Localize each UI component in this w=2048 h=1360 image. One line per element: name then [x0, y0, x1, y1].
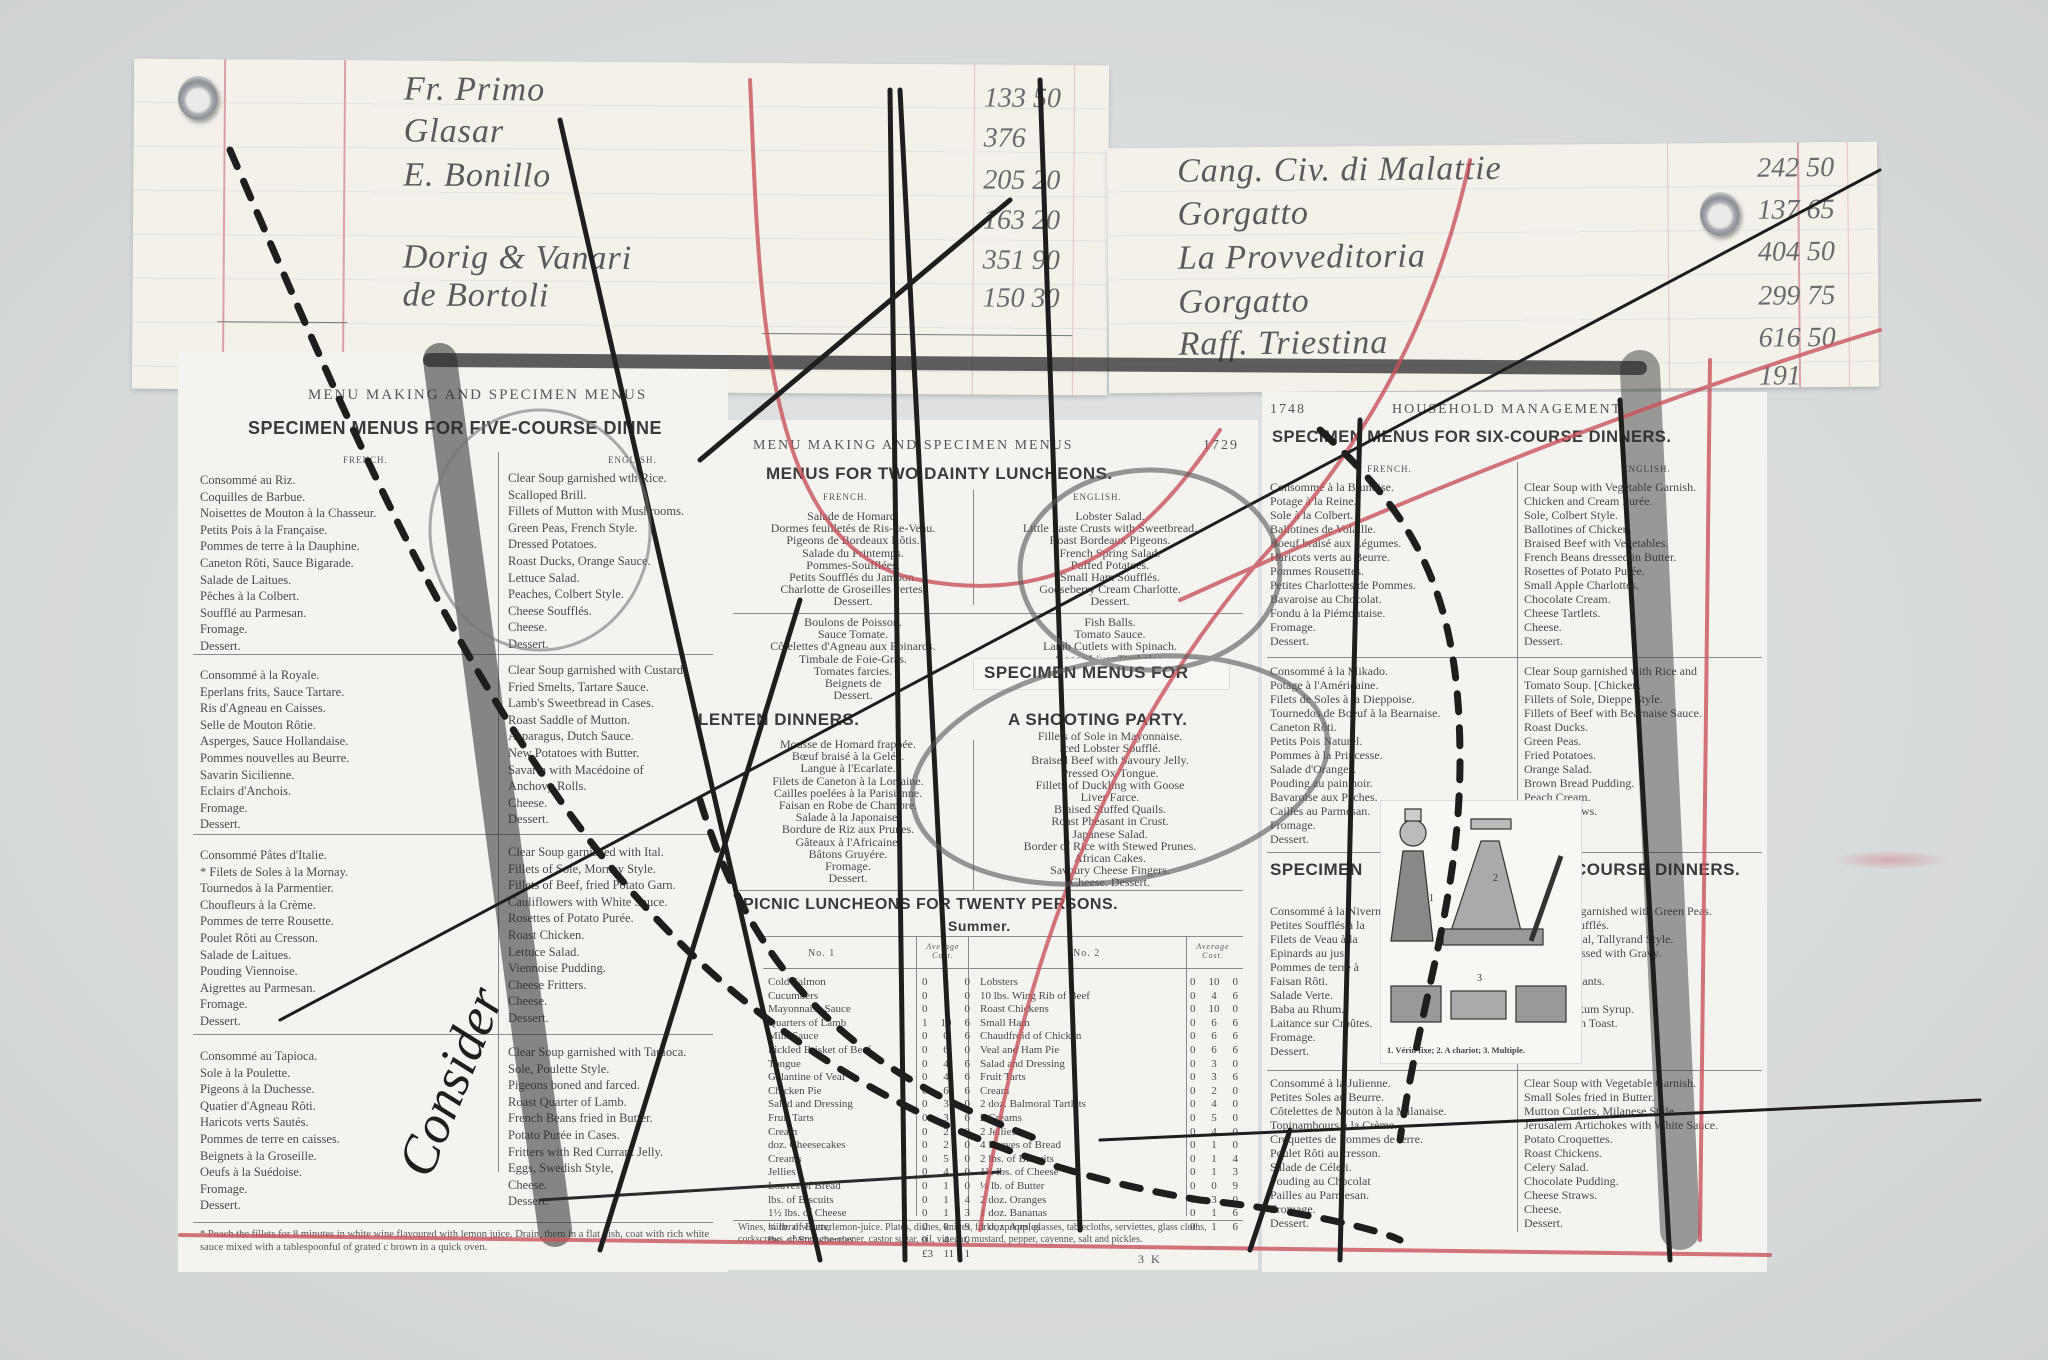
- charcoal-loops: [430, 410, 1346, 915]
- drawn-word: Consider: [385, 978, 515, 1185]
- red-smudge: [1830, 850, 1950, 870]
- dashed-charcoal-lines: [230, 150, 1460, 1240]
- charcoal-drawing-overlay: Consider: [0, 0, 2048, 1360]
